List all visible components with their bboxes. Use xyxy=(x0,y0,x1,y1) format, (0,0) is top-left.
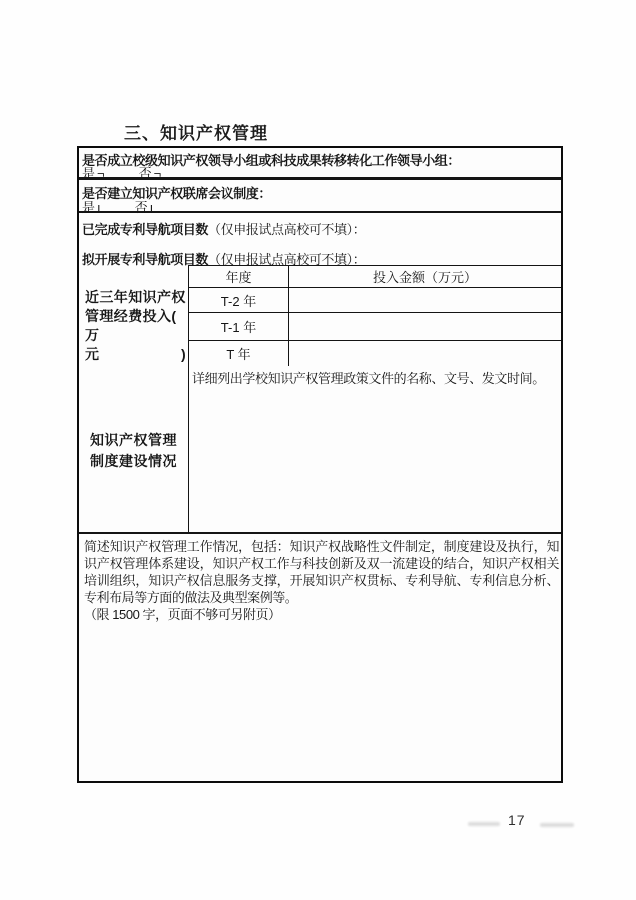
row-label-budget-line2: 管理经费投入( 万 xyxy=(85,307,186,345)
answer-row-joint-meeting: 是ı否ı xyxy=(82,197,153,216)
summary-body: 简述知识产权管理工作情况，包括：知识产权战略性文件制定，制度建设及执行，知识产权… xyxy=(84,538,559,606)
amount-cell-t xyxy=(289,341,561,366)
year-cell-t: T 年 xyxy=(189,341,288,366)
question-completed-patent-navigation: 已完成专利导航项目数（仅申报试点高校可不填）： xyxy=(82,219,365,238)
gridline-below-row1 xyxy=(79,177,561,180)
row-label-policy-system: 知识产权管理 制度建设情况 xyxy=(79,430,188,472)
row-label-budget: 近三年知识产权 管理经费投入( 万 元 ) xyxy=(85,288,186,364)
row-label-budget-line3-right: ) xyxy=(181,345,186,364)
column-header-amount: 投入金额（万元） xyxy=(289,265,561,287)
year-cell-t1: T-1 年 xyxy=(189,313,288,340)
amount-cell-t1 xyxy=(289,313,561,340)
amount-cell-t2 xyxy=(289,288,561,312)
gridline-below-row2 xyxy=(79,211,561,213)
row-label-policy-line1: 知识产权管理 xyxy=(79,430,188,451)
row-label-budget-line1: 近三年知识产权 xyxy=(85,288,186,307)
section-title: 三、知识产权管理 xyxy=(124,119,268,144)
scan-artifact-left xyxy=(468,822,500,826)
row-label-budget-line3: 元 ) xyxy=(85,345,186,364)
page-number: 17 xyxy=(508,812,526,828)
gridline-above-summary xyxy=(79,532,561,534)
question-completed-bold: 已完成专利导航项目数 xyxy=(82,222,208,237)
summary-cell: 简述知识产权管理工作情况，包括：知识产权战略性文件制定，制度建设及执行，知识产权… xyxy=(84,538,559,623)
year-cell-t2: T-2 年 xyxy=(189,288,288,312)
scan-artifact-right xyxy=(540,823,574,827)
summary-note: （限 1500 字，页面不够可另附页） xyxy=(84,606,559,623)
form-table: 是否成立校级知识产权领导小组或科技成果转移转化工作领导小组： 是¬否¬ 是否建立… xyxy=(77,146,563,783)
row-label-policy-line2: 制度建设情况 xyxy=(79,451,188,472)
page-footer: 17 xyxy=(0,812,636,836)
scanned-document-page: 三、知识产权管理 是否成立校级知识产权领导小组或科技成果转移转化工作领导小组： … xyxy=(0,0,636,900)
row-label-budget-line3-left: 元 xyxy=(85,345,99,364)
policy-instruction: 详细列出学校知识产权管理政策文件的名称、文号、发文时间。 xyxy=(192,370,556,387)
question-completed-note: （仅申报试点高校可不填）： xyxy=(208,222,365,237)
column-header-year: 年度 xyxy=(189,265,288,287)
